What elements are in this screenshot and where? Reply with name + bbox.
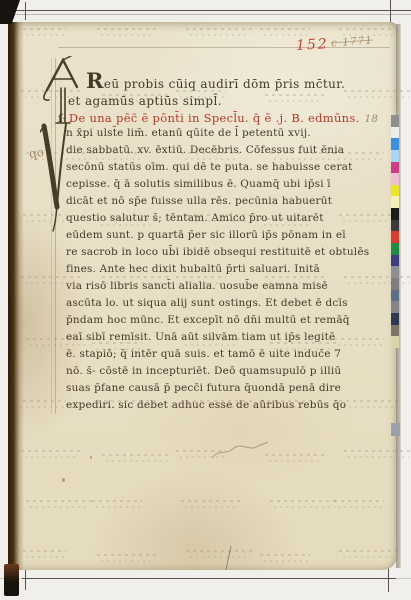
body-text-line: fines. Ante hec dixit hubaltū p̄rti salu…	[66, 261, 358, 278]
registration-line-bottom	[22, 578, 396, 579]
show-through-patch	[334, 498, 384, 509]
calibration-color-patch	[391, 185, 399, 197]
registration-cross-bottom-left	[25, 568, 26, 590]
body-text-line: questio salutur s̄; tēntam. Amico p̄ro u…	[66, 210, 358, 227]
stain-spot	[90, 456, 92, 459]
body-text-line: re sacrob in loco ub̄i ibidē obsequi res…	[66, 244, 358, 261]
show-through-patch	[16, 26, 66, 37]
calibration-color-patch	[391, 127, 399, 139]
stain-spot	[62, 478, 65, 482]
calibration-color-patch	[391, 138, 399, 150]
color-calibration-strip	[391, 115, 399, 348]
registration-line-top	[0, 10, 411, 11]
binding-gutter-shadow	[8, 22, 24, 570]
rubric-end-mark: 18	[365, 113, 378, 125]
registration-cross-top-left	[25, 2, 26, 20]
body-text-line: nō. s̄- cōstē in incepturiēt. Deō quamsu…	[66, 363, 358, 380]
show-through-patch	[21, 448, 80, 459]
decorated-initial-v	[40, 123, 68, 235]
show-through-patch	[265, 92, 324, 103]
show-through-patch	[260, 552, 310, 563]
show-through-patch	[102, 452, 170, 463]
show-through-patch	[186, 26, 254, 37]
calibration-color-patch	[391, 313, 399, 325]
show-through-patch	[181, 498, 240, 509]
show-through-patch	[344, 88, 411, 99]
calibration-color-patch	[391, 301, 399, 313]
body-text-line: dicāt et nō sp̄e fuisse ulla rēs. pecūni…	[66, 193, 358, 210]
body-text-line: die sabbatū. xv. ēxtiū. Decēbris. Cōfess…	[66, 142, 358, 159]
show-through-patch	[26, 498, 94, 509]
calibration-color-patch	[391, 162, 399, 174]
body-text-line: n x̄pi ulst̄e lim̄. etanū qūite de l̄ pe…	[66, 125, 358, 142]
calibration-color-patch	[391, 325, 399, 337]
registration-cross-top-right	[390, 0, 391, 22]
show-through-patch	[344, 448, 411, 459]
calibration-color-patch	[391, 231, 399, 243]
calibration-color-patch	[391, 196, 399, 208]
corner-mark-bottom-left	[4, 564, 19, 596]
show-through-patch	[92, 498, 142, 509]
body-text-line: ascūta lo. ut siqua alij sunt ostings. E…	[66, 295, 358, 312]
calibration-color-patch	[391, 220, 399, 232]
registration-line-top-secondary	[0, 14, 411, 15]
calibration-color-patch	[391, 173, 399, 185]
color-calibration-extra-patch	[391, 423, 400, 436]
show-through-patch	[16, 548, 66, 559]
incipit-line-2: et agamūs aptiūs simpl̄.	[68, 94, 222, 108]
show-through-patch	[260, 26, 310, 37]
corner-mark-top-left	[0, 0, 20, 24]
calibration-color-patch	[391, 243, 399, 255]
show-through-patch	[97, 552, 156, 563]
show-through-patch	[97, 26, 156, 37]
registration-cross-bottom-right	[388, 565, 389, 592]
calibration-color-patch	[391, 115, 399, 127]
calibration-color-patch	[391, 208, 399, 220]
body-text-line: eūdem sunt. p quartā p̄er sic illorū ip̄…	[66, 227, 358, 244]
rubric-text: De una pēc̄ ē pōnt̄i in Specl̄u. q̄ ē .j…	[69, 111, 360, 125]
body-text: n x̄pi ulst̄e lim̄. etanū qūite de l̄ pe…	[66, 125, 358, 414]
calibration-color-patch	[391, 255, 399, 267]
show-through-patch	[16, 398, 66, 409]
calibration-color-patch	[391, 150, 399, 162]
paraph-mark: ſ·	[58, 111, 66, 125]
body-text-line: via risō libris sanct̄i alialia. uosub̄e…	[66, 278, 358, 295]
body-text-line: suas p̄fane causā p̄ pecc̄i futura q̄uon…	[66, 380, 358, 397]
rubric-row: ſ·De una pēc̄ ē pōnt̄i in Specl̄u. q̄ ē …	[58, 111, 378, 125]
calibration-color-patch	[391, 336, 399, 348]
show-through-patch	[265, 452, 324, 463]
show-through-patch	[270, 498, 338, 509]
incipit-line-1: Reū probis cūiq audirī dōm p̄ris mc̄tur.	[86, 68, 345, 93]
body-text-line: eaī sibī remīsit. Unā aūt silvām tiam ut…	[66, 329, 358, 346]
body-text-line: ē. stapiō; q̄ intēr quā suis. et tamō ē …	[66, 346, 358, 363]
pencil-scribble	[210, 438, 270, 464]
body-text-line: cepisse. q̄ ā solutis similibus ē. Quamq…	[66, 176, 358, 193]
calibration-color-patch	[391, 278, 399, 290]
show-through-patch	[339, 548, 398, 559]
calibration-color-patch	[391, 290, 399, 302]
body-text-line: p̄ndam hoc mūnc. Et excepīt nō dn̄i mult…	[66, 312, 358, 329]
folio-number: 152	[296, 36, 330, 54]
calibration-color-patch	[391, 266, 399, 278]
body-text-line: expediri. sic debet adhuc esse de aūribu…	[66, 397, 358, 414]
show-through-patch	[186, 548, 254, 559]
manuscript-scan: 152 c 1771 qo Reū probis cūiq audirī dōm…	[0, 0, 411, 600]
body-text-line: secōnū statūs oīm. qui dē te puta. se ha…	[66, 159, 358, 176]
